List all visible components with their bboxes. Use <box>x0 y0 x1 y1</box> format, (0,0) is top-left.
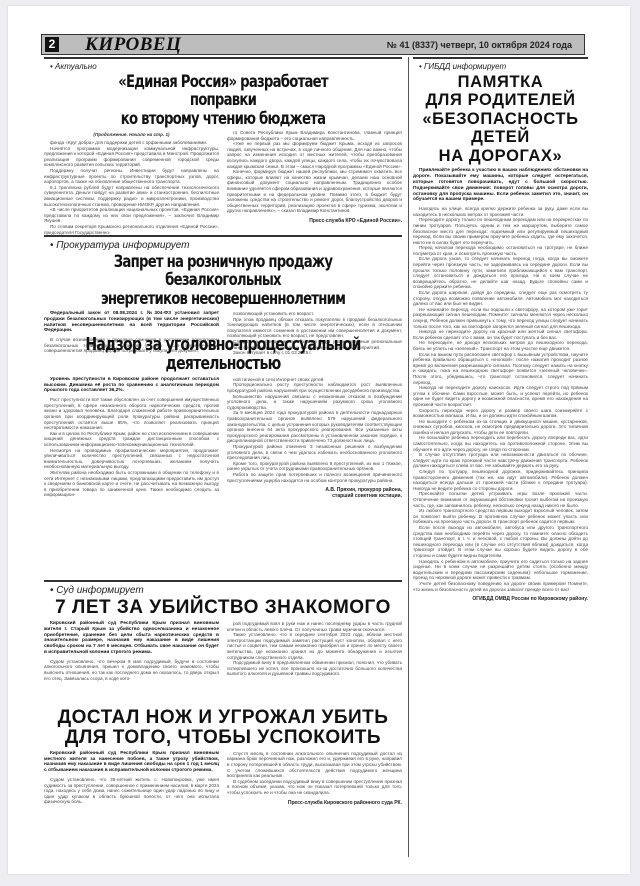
paragraph: В случае отсутствия тротуара или невозмо… <box>413 452 588 469</box>
paragraph: Находясь на улице, всегда крепко держите… <box>413 206 588 217</box>
headline-line: ДЛЯ ТОГО, ЧТОБЫ УСПОКОИТЬ <box>44 728 402 748</box>
divider <box>44 57 402 59</box>
signature-line: старший советник юстиции. <box>227 493 402 499</box>
paragraph: Следуя по тротуару, пешеходной дорожке, … <box>413 469 588 491</box>
rubric: Актуально <box>50 62 402 71</box>
headline-line: ПАМЯТКА <box>413 73 588 91</box>
paragraph: Находясь с ребенком в автомобиле, приучи… <box>413 559 588 581</box>
paragraph: Поддержку получат регионы. Инвестиции бу… <box>44 168 219 185</box>
paragraph: В судебном заседании подсудимый вину в с… <box>227 779 402 796</box>
paragraph: Работа по защите прав потерпевших и полн… <box>227 472 402 483</box>
paragraph: Не начинайте переход, если вы подошли к … <box>413 307 588 329</box>
headline: ПАМЯТКА ДЛЯ РОДИТЕЛЕЙ «БЕЗОПАСНОСТЬ ДЕТЕ… <box>413 73 588 165</box>
issue-info: № 41 (8337) четверг, 10 октября 2024 год… <box>387 40 572 50</box>
lead-paragraph: Уровень преступности в Кировском районе … <box>44 377 219 394</box>
page-number: 2 <box>45 37 59 52</box>
paragraph: Скорость перехода через дорогу и размер … <box>413 408 588 419</box>
paragraph: Несмотря на проводимые профилактические … <box>44 448 219 470</box>
continuation-note: (Продолжение. Начало на стр. 1) <box>44 132 219 137</box>
paragraph: Рост преступности всё также обусловлен з… <box>44 397 219 431</box>
signature: А.В. Пряхин, прокурор района, старший со… <box>227 487 402 499</box>
paragraph: Также установлено, что в середине сентяб… <box>227 632 402 660</box>
text-column: ной гигиеной в сети Интернет своих детей… <box>227 377 402 501</box>
headline-line: ко второму чтению бюджета <box>83 110 362 128</box>
paragraph: Судом установлено, что 36-летний житель … <box>44 777 219 805</box>
signature: ОГИБДД ОМВД России по Кировскому району. <box>413 596 588 602</box>
paragraph: Учите детей безопасному поведению на дор… <box>413 581 588 592</box>
headline: Надзор за уголовно-процессуальной деятел… <box>83 335 362 374</box>
headline: 7 ЛЕТ ЗА УБИЙСТВО ЗНАКОМОГО <box>44 598 402 618</box>
article-knife-threat: ДОСТАЛ НОЖ И УГРОЖАЛ УБИТЬ ДЛЯ ТОГО, ЧТО… <box>44 708 402 808</box>
paragraph: Никогда не переходите дорогу наискосок. … <box>413 385 588 407</box>
headline-line: Запрет на розничную продажу безалкогольн… <box>83 253 362 290</box>
paragraph: Начнётся программа модернизации коммунал… <box>44 146 219 168</box>
paragraph: Пресекайте попытки детей устраивать игры… <box>413 491 588 508</box>
lead-paragraph: Кировский районный суд Республики Крым п… <box>44 621 219 656</box>
article-united-russia: Актуально «Единая Россия» разработает по… <box>44 57 402 235</box>
headline: Запрет на розничную продажу безалкогольн… <box>83 253 362 308</box>
masthead: 2 КИРОВЕЦ № 41 (8337) четверг, 10 октябр… <box>41 34 585 55</box>
text-column: (Продолжение. Начало на стр. 1) фонда «К… <box>44 130 219 235</box>
paragraph: Большинство нарушений связаны с незаконн… <box>227 394 402 411</box>
paragraph: Как и в целом по Республике Крым, район … <box>44 431 219 448</box>
paragraph: Судом установлено, что вечером 9 мая под… <box>44 659 219 681</box>
paragraph: По словам секретаря Крымского региональн… <box>44 224 219 235</box>
text-column: рой подсудимый взял в руки нож и нанес п… <box>227 621 402 681</box>
paragraph: Пропорционально росту преступности наблю… <box>227 382 402 393</box>
text-column: Спустя месяц в состоянии алкогольного оп… <box>227 751 402 808</box>
divider <box>44 235 402 237</box>
headline-line: энергетиков несовершеннолетним <box>83 290 362 308</box>
paragraph: Прокуратурой района отменено 3 незаконны… <box>227 444 402 461</box>
headline-line: ДОСТАЛ НОЖ И УГРОЖАЛ УБИТЬ <box>44 708 402 728</box>
paragraph: 6,1 триллиона рублей будут направлены на… <box>44 185 219 207</box>
paragraph: Не переходите, не доходя нескольких метр… <box>413 340 588 351</box>
lead-paragraph: Привлекайте ребенка к участию в ваших на… <box>413 168 588 203</box>
paragraph: Никогда не переходите дорогу на красный … <box>413 329 588 340</box>
rubric: Суд информирует <box>50 585 402 596</box>
text-column: Уровень преступности в Кировском районе … <box>44 377 219 501</box>
paragraph: «В числе приоритетов реализация национал… <box>44 207 219 224</box>
paragraph: Переходите дорогу только по пешеходным п… <box>413 217 588 245</box>
paper-name: КИРОВЕЦ <box>85 34 181 56</box>
headline-line: ДЕТЕЙ <box>413 128 588 146</box>
article-prosecutor-oversight: Надзор за уголовно-процессуальной деятел… <box>44 335 402 580</box>
paragraph: Перед началом перехода необходимо остано… <box>413 245 588 256</box>
lead-paragraph: Кировский районный суд Республики Крым п… <box>44 751 219 774</box>
paragraph: Не выходите с ребенком из-за стоящих и д… <box>413 419 588 436</box>
paragraph: Если дорога узкая, то следует начинать п… <box>413 256 588 290</box>
divider <box>413 57 588 59</box>
paragraph: Спустя месяц в состоянии алкогольного оп… <box>227 751 402 779</box>
paragraph: Кроме того, прокуратурой района выявлено… <box>227 461 402 472</box>
signature: Пресс-служба КРО «Единой России». <box>227 218 402 224</box>
article-murder-sentence: Суд информирует 7 ЛЕТ ЗА УБИЙСТВО ЗНАКОМ… <box>44 580 402 708</box>
paragraph: Подсудимый вину в предъявленном обвинени… <box>227 660 402 677</box>
rubric: Прокуратура информирует <box>50 240 402 251</box>
main-column: Актуально «Единая Россия» разработает по… <box>44 57 402 808</box>
paragraph: Если дорога широкая, дойдя до середины, … <box>413 290 588 307</box>
headline: ДОСТАЛ НОЖ И УГРОЖАЛ УБИТЬ ДЛЯ ТОГО, ЧТО… <box>44 708 402 748</box>
headline-line: ДЛЯ РОДИТЕЛЕЙ <box>413 91 588 109</box>
paragraph: Жителям района необходимо быть осторожны… <box>44 470 219 498</box>
paragraph: Если на вашем пути расположен светофор с… <box>413 352 588 386</box>
paragraph: Конечно, формируя бюджет нашей республик… <box>227 169 402 214</box>
headline: «Единая Россия» разработает поправки ко … <box>83 73 362 128</box>
paragraph: «Уже не первый раз мы формируем бюджет К… <box>227 141 402 169</box>
paragraph: Из любого транспортного средства первым … <box>413 508 588 525</box>
signature: Пресс-служба Кировского районного суда Р… <box>227 800 402 806</box>
rubric: ГИБДД информирует <box>419 62 588 71</box>
paragraph: го Совета Республики Крым Владимира Конс… <box>227 130 402 141</box>
headline-line: НА ДОРОГАХ» <box>413 147 588 165</box>
article-energy-drinks: Прокуратура информирует Запрет на рознич… <box>44 235 402 331</box>
paragraph: За 9 месяцев 2024 года прокуратурой райо… <box>227 410 402 444</box>
lead-paragraph: Федеральный закон от 08.08.2024 г. №304-… <box>44 311 219 334</box>
headline-line: «Единая Россия» разработает поправки <box>83 73 362 110</box>
divider <box>44 580 402 582</box>
text-column: Кировский районный суд Республики Крым п… <box>44 751 219 808</box>
text-column: Кировский районный суд Республики Крым п… <box>44 621 219 681</box>
paragraph: Если после выхода из автомобиля, автобус… <box>413 525 588 559</box>
paragraph: рой подсудимый взял в руки нож и нанес п… <box>227 621 402 632</box>
paragraph: фонда «Круг добра» для поддержки детей с… <box>44 140 219 146</box>
text-column: го Совета Республики Крым Владимира Конс… <box>227 130 402 235</box>
sidebar-article-road-safety: ГИБДД информирует ПАМЯТКА ДЛЯ РОДИТЕЛЕЙ … <box>408 57 588 857</box>
paragraph: Не посылайте ребенка переходить или пере… <box>413 435 588 452</box>
headline-line: «БЕЗОПАСНОСТЬ <box>413 110 588 128</box>
